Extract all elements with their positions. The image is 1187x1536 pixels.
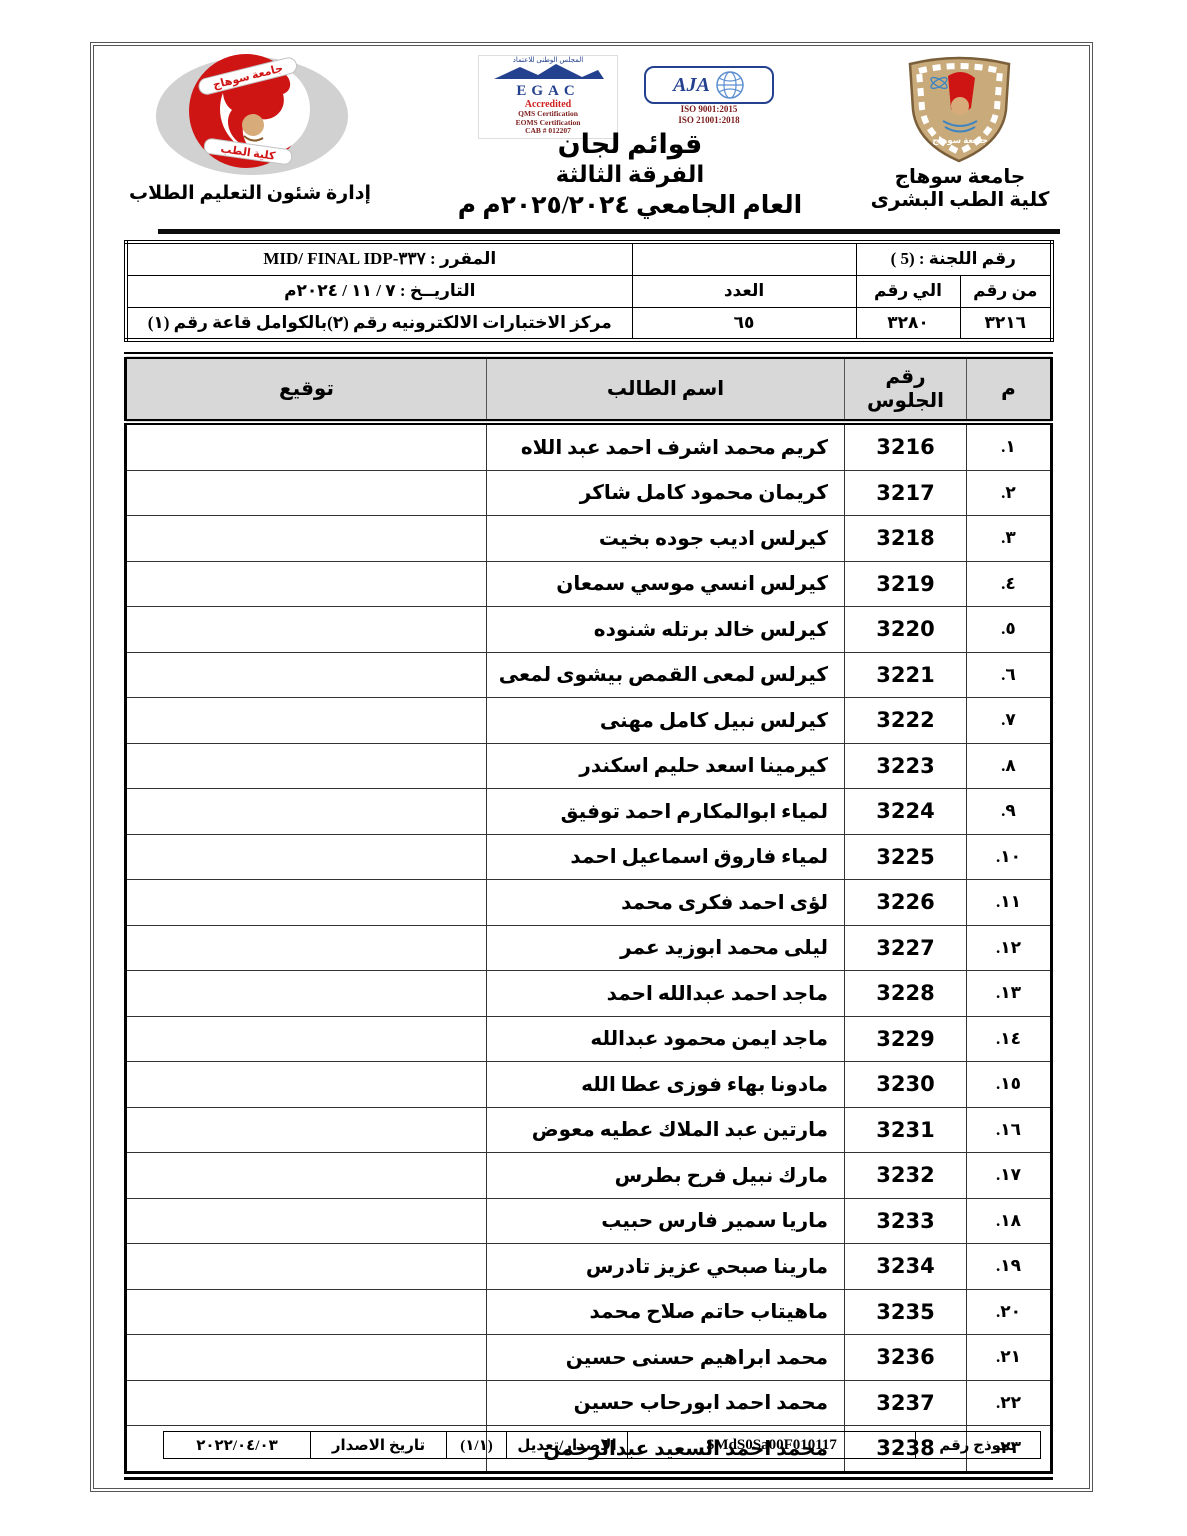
signature-cell — [126, 652, 487, 698]
student-row: ٢٢. 3237 محمد احمد ابورحاب حسين — [126, 1380, 1052, 1426]
department-title: إدارة شئون التعليم الطلاب — [122, 182, 378, 205]
student-name-cell: ماهيتاب حاتم صلاح محمد — [487, 1289, 845, 1335]
course-value: MID/ FINAL IDP-٣٣٧ — [263, 249, 425, 268]
signature-cell — [126, 1335, 487, 1381]
from-number-value: ٣٢١٦ — [960, 307, 1052, 340]
seat-number-cell: 3228 — [845, 971, 967, 1017]
emblem-banner-text: جامعة سوهاج — [932, 135, 988, 146]
seat-number-cell: 3217 — [845, 470, 967, 516]
serial-cell: ٧. — [967, 698, 1052, 744]
signature-cell — [126, 1198, 487, 1244]
student-name-cell: ليلى محمد ابوزيد عمر — [487, 925, 845, 971]
aja-globe-icon — [715, 70, 745, 100]
student-name-cell: كيرلس خالد برتله شنوده — [487, 607, 845, 653]
signature-cell — [126, 880, 487, 926]
info-row-1: رقم اللجنة : ( 5) المقرر : MID/ FINAL ID… — [126, 242, 1052, 275]
seat-number-cell: 3230 — [845, 1062, 967, 1108]
student-name-cell: كيرلس اديب جوده بخيت — [487, 516, 845, 562]
signature-cell — [126, 1244, 487, 1290]
students-table: م رقم الجلوس اسم الطالب توقيع ١. 3216 كر… — [124, 352, 1053, 1480]
student-name-cell: لؤى احمد فكرى محمد — [487, 880, 845, 926]
student-row: ٤. 3219 كيرلس انسي موسي سمعان — [126, 561, 1052, 607]
doc-title-line3: العام الجامعي ٢٠٢٥/٢٠٢٤م م — [415, 189, 845, 222]
to-number-label: الي رقم — [856, 275, 960, 307]
university-emblem: جامعة سوهاج — [902, 50, 1017, 165]
student-name-cell: مادونا بهاء فوزى عطا الله — [487, 1062, 845, 1108]
student-row: ١٨. 3233 ماريا سمير فارس حبيب — [126, 1198, 1052, 1244]
serial-cell: ٤. — [967, 561, 1052, 607]
serial-cell: ١٢. — [967, 925, 1052, 971]
serial-cell: ١٣. — [967, 971, 1052, 1017]
seat-number-cell: 3220 — [845, 607, 967, 653]
serial-cell: ٢٢. — [967, 1380, 1052, 1426]
seat-number-cell: 3233 — [845, 1198, 967, 1244]
student-row: ١٧. 3232 مارك نبيل فرح بطرس — [126, 1153, 1052, 1199]
info-row-2: من رقم الي رقم العدد التاريــخ : ٧ / ١١ … — [126, 275, 1052, 307]
pharaoh-face — [242, 114, 264, 136]
seat-number-cell: 3221 — [845, 652, 967, 698]
seat-number-cell: 3229 — [845, 1016, 967, 1062]
student-row: ١٣. 3228 ماجد احمد عبدالله احمد — [126, 971, 1052, 1017]
signature-cell — [126, 789, 487, 835]
egac-logo: المجلس الوطنى للاعتماد EGAC Accredited Q… — [478, 55, 618, 139]
student-row: ٦. 3221 كيرلس لمعى القمص بيشوى لمعى — [126, 652, 1052, 698]
seat-number-cell: 3235 — [845, 1289, 967, 1335]
committee-number-cell: رقم اللجنة : ( 5) — [856, 242, 1052, 275]
seat-number-cell: 3231 — [845, 1107, 967, 1153]
student-name-cell: ماريا سمير فارس حبيب — [487, 1198, 845, 1244]
student-row: ١. 3216 كريم محمد اشرف احمد عبد اللاه — [126, 422, 1052, 470]
footer-row: نموذج رقم SMdS0Sa00F010117 الاصدار/تعديل… — [164, 1432, 1041, 1459]
student-row: ٢١. 3236 محمد ابراهيم حسنى حسين — [126, 1335, 1052, 1381]
seat-number-cell: 3219 — [845, 561, 967, 607]
serial-cell: ١٦. — [967, 1107, 1052, 1153]
signature-cell — [126, 1107, 487, 1153]
seat-number-cell: 3222 — [845, 698, 967, 744]
empty-cell — [632, 242, 856, 275]
seat-number-cell: 3232 — [845, 1153, 967, 1199]
student-row: ٧. 3222 كيرلس نبيل كامل مهنى — [126, 698, 1052, 744]
serial-cell: ١٤. — [967, 1016, 1052, 1062]
serial-cell: ٨. — [967, 743, 1052, 789]
signature-cell — [126, 925, 487, 971]
student-row: ٥. 3220 كيرلس خالد برتله شنوده — [126, 607, 1052, 653]
student-name-cell: ماجد احمد عبدالله احمد — [487, 971, 845, 1017]
seat-number-cell: 3234 — [845, 1244, 967, 1290]
serial-cell: ٢. — [967, 470, 1052, 516]
committee-number-label: رقم اللجنة : — [919, 249, 1016, 268]
issue-label: الاصدار/تعديل — [507, 1432, 628, 1459]
student-name-cell: كريمان محمود كامل شاكر — [487, 470, 845, 516]
signature-cell — [126, 561, 487, 607]
doc-title-line1: قوائم لجان — [415, 128, 845, 160]
signature-cell — [126, 698, 487, 744]
student-name-cell: محمد احمد ابورحاب حسين — [487, 1380, 845, 1426]
document-titles: قوائم لجان الفرقة الثالثة العام الجامعي … — [415, 128, 845, 222]
serial-cell: ١٩. — [967, 1244, 1052, 1290]
serial-cell: ١. — [967, 422, 1052, 470]
signature-cell — [126, 1289, 487, 1335]
document-page: جامعة سوهاج كلية الطب إدارة شئون التعليم… — [0, 0, 1187, 1536]
seat-number-cell: 3224 — [845, 789, 967, 835]
signature-cell — [126, 1380, 487, 1426]
col-header-serial: م — [967, 356, 1052, 423]
count-value: ٦٥ — [632, 307, 856, 340]
egac-mountain-icon — [488, 64, 608, 79]
serial-cell: ٢١. — [967, 1335, 1052, 1381]
student-name-cell: محمد ابراهيم حسنى حسين — [487, 1335, 845, 1381]
student-row: ١٥. 3230 مادونا بهاء فوزى عطا الله — [126, 1062, 1052, 1108]
signature-cell — [126, 1016, 487, 1062]
serial-cell: ١٧. — [967, 1153, 1052, 1199]
student-name-cell: كيرلس انسي موسي سمعان — [487, 561, 845, 607]
serial-cell: ٩. — [967, 789, 1052, 835]
student-row: ١٦. 3231 مارتين عبد الملاك عطيه معوض — [126, 1107, 1052, 1153]
student-name-cell: ماجد ايمن محمود عبدالله — [487, 1016, 845, 1062]
signature-cell — [126, 1062, 487, 1108]
doc-title-line2: الفرقة الثالثة — [415, 160, 845, 189]
university-name: جامعة سوهاج — [868, 166, 1052, 189]
seat-number-cell: 3237 — [845, 1380, 967, 1426]
serial-cell: ١٥. — [967, 1062, 1052, 1108]
faculty-crescent-logo: جامعة سوهاج كلية الطب — [146, 50, 350, 178]
seat-number-cell: 3223 — [845, 743, 967, 789]
signature-cell — [126, 607, 487, 653]
issue-date-value: ٢٠٢٢/٠٤/٠٣ — [164, 1432, 311, 1459]
form-footer-table: نموذج رقم SMdS0Sa00F010117 الاصدار/تعديل… — [163, 1431, 1041, 1459]
to-number-value: ٣٢٨٠ — [856, 307, 960, 340]
egac-name: EGAC — [479, 84, 617, 99]
signature-cell — [126, 470, 487, 516]
student-name-cell: مارينا صبحي عزيز تادرس — [487, 1244, 845, 1290]
student-name-cell: كريم محمد اشرف احمد عبد اللاه — [487, 422, 845, 470]
info-row-3: ٣٢١٦ ٣٢٨٠ ٦٥ مركز الاختبارات الالكترونيه… — [126, 307, 1052, 340]
student-row: ١١. 3226 لؤى احمد فكرى محمد — [126, 880, 1052, 926]
issue-date-label: تاريخ الاصدار — [311, 1432, 447, 1459]
faculty-name: كلية الطب البشرى — [868, 189, 1052, 212]
aja-logo: AJA ISO 9001:2015 ISO 21001:2018 — [644, 66, 774, 126]
pharaoh-face — [951, 97, 969, 115]
serial-cell: ٢٠. — [967, 1289, 1052, 1335]
seat-number-cell: 3218 — [845, 516, 967, 562]
header-divider-line — [158, 229, 1060, 234]
student-row: ١٠. 3225 لمياء فاروق اسماعيل احمد — [126, 834, 1052, 880]
aja-box: AJA — [644, 66, 774, 104]
aja-iso-line: ISO 21001:2018 — [644, 115, 774, 126]
seat-number-cell: 3225 — [845, 834, 967, 880]
serial-cell: ١١. — [967, 880, 1052, 926]
col-header-seat-number: رقم الجلوس — [845, 356, 967, 423]
course-cell: المقرر : MID/ FINAL IDP-٣٣٧ — [126, 242, 632, 275]
student-row: ١٤. 3229 ماجد ايمن محمود عبدالله — [126, 1016, 1052, 1062]
course-label: المقرر : — [430, 249, 496, 268]
student-row: ٨. 3223 كيرمينا اسعد حليم اسكندر — [126, 743, 1052, 789]
signature-cell — [126, 516, 487, 562]
egac-arabic-text: المجلس الوطنى للاعتماد — [479, 56, 617, 64]
seat-number-cell: 3216 — [845, 422, 967, 470]
student-name-cell: كيرلس لمعى القمص بيشوى لمعى — [487, 652, 845, 698]
col-header-student-name: اسم الطالب — [487, 356, 845, 423]
seat-number-cell: 3236 — [845, 1335, 967, 1381]
serial-cell: ١٠. — [967, 834, 1052, 880]
student-name-cell: لمياء ابوالمكارم احمد توفيق — [487, 789, 845, 835]
issue-value: (١/١) — [447, 1432, 507, 1459]
university-name-block: جامعة سوهاج كلية الطب البشرى — [868, 166, 1052, 212]
student-name-cell: كيرمينا اسعد حليم اسكندر — [487, 743, 845, 789]
student-row: ١٩. 3234 مارينا صبحي عزيز تادرس — [126, 1244, 1052, 1290]
signature-cell — [126, 1153, 487, 1199]
exam-location: مركز الاختبارات الالكترونيه رقم (٢)بالكو… — [126, 307, 632, 340]
students-table-header: م رقم الجلوس اسم الطالب توقيع — [126, 356, 1052, 423]
serial-cell: ٦. — [967, 652, 1052, 698]
aja-name: AJA — [673, 74, 710, 97]
student-row: ٢٠. 3235 ماهيتاب حاتم صلاح محمد — [126, 1289, 1052, 1335]
count-label: العدد — [632, 275, 856, 307]
serial-cell: ١٨. — [967, 1198, 1052, 1244]
col-header-signature: توقيع — [126, 356, 487, 423]
student-name-cell: لمياء فاروق اسماعيل احمد — [487, 834, 845, 880]
form-number-label: نموذج رقم — [916, 1432, 1041, 1459]
student-name-cell: كيرلس نبيل كامل مهنى — [487, 698, 845, 744]
seat-number-cell: 3227 — [845, 925, 967, 971]
signature-cell — [126, 422, 487, 470]
committee-number-value: ( 5) — [891, 249, 915, 268]
exam-date: التاريــخ : ٧ / ١١ / ٢٠٢٤م — [126, 275, 632, 307]
student-row: ٢. 3217 كريمان محمود كامل شاكر — [126, 470, 1052, 516]
student-row: ١٢. 3227 ليلى محمد ابوزيد عمر — [126, 925, 1052, 971]
seat-number-cell: 3226 — [845, 880, 967, 926]
signature-cell — [126, 971, 487, 1017]
serial-cell: ٣. — [967, 516, 1052, 562]
student-name-cell: مارتين عبد الملاك عطيه معوض — [487, 1107, 845, 1153]
form-number-value: SMdS0Sa00F010117 — [628, 1432, 916, 1459]
signature-cell — [126, 743, 487, 789]
committee-info-table: رقم اللجنة : ( 5) المقرر : MID/ FINAL ID… — [124, 240, 1054, 342]
student-name-cell: مارك نبيل فرح بطرس — [487, 1153, 845, 1199]
student-row: ٩. 3224 لمياء ابوالمكارم احمد توفيق — [126, 789, 1052, 835]
student-row: ٣. 3218 كيرلس اديب جوده بخيت — [126, 516, 1052, 562]
aja-iso-line: ISO 9001:2015 — [644, 104, 774, 115]
signature-cell — [126, 834, 487, 880]
students-table-body: ١. 3216 كريم محمد اشرف احمد عبد اللاه ٢.… — [126, 422, 1052, 1475]
from-number-label: من رقم — [960, 275, 1052, 307]
serial-cell: ٥. — [967, 607, 1052, 653]
